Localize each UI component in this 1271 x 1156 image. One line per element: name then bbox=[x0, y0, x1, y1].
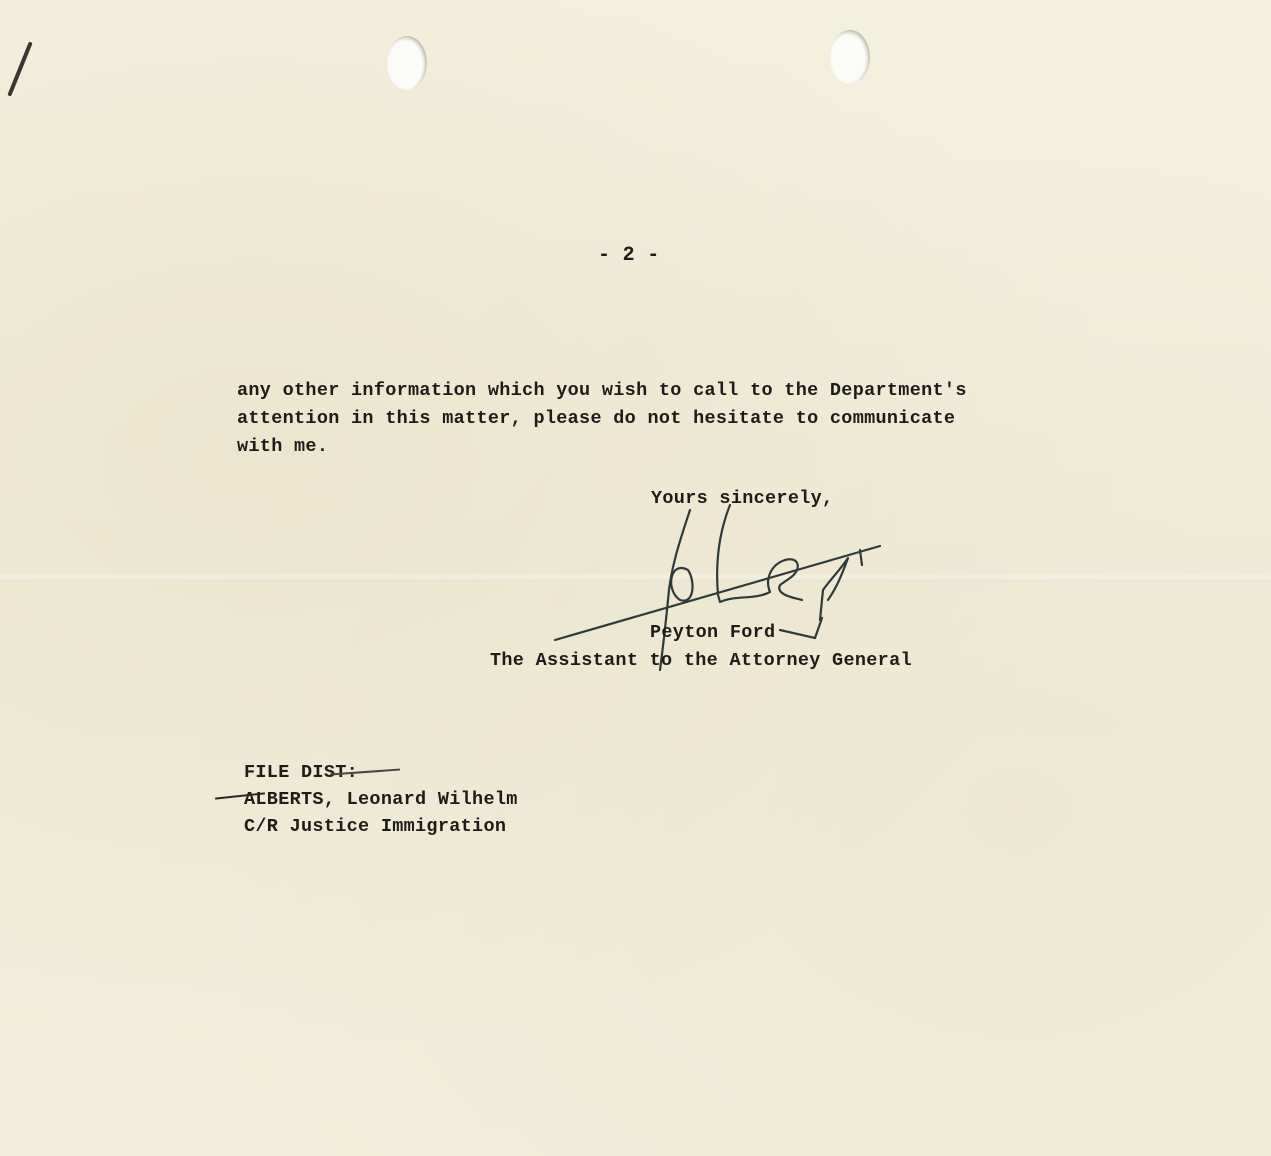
body-line-3: with me. bbox=[237, 436, 328, 457]
body-line-2: attention in this matter, please do not … bbox=[237, 408, 955, 429]
punch-hole-right bbox=[830, 30, 870, 84]
punch-hole-left bbox=[387, 36, 427, 90]
signer-title: The Assistant to the Attorney General bbox=[490, 650, 912, 671]
body-line-1: any other information which you wish to … bbox=[237, 380, 967, 401]
file-distribution-entry: ALBERTS, Leonard Wilhelm bbox=[244, 789, 518, 810]
page-number: - 2 - bbox=[598, 244, 660, 267]
signer-name: Peyton Ford bbox=[650, 622, 775, 643]
file-distribution-entry: C/R Justice Immigration bbox=[244, 816, 506, 837]
